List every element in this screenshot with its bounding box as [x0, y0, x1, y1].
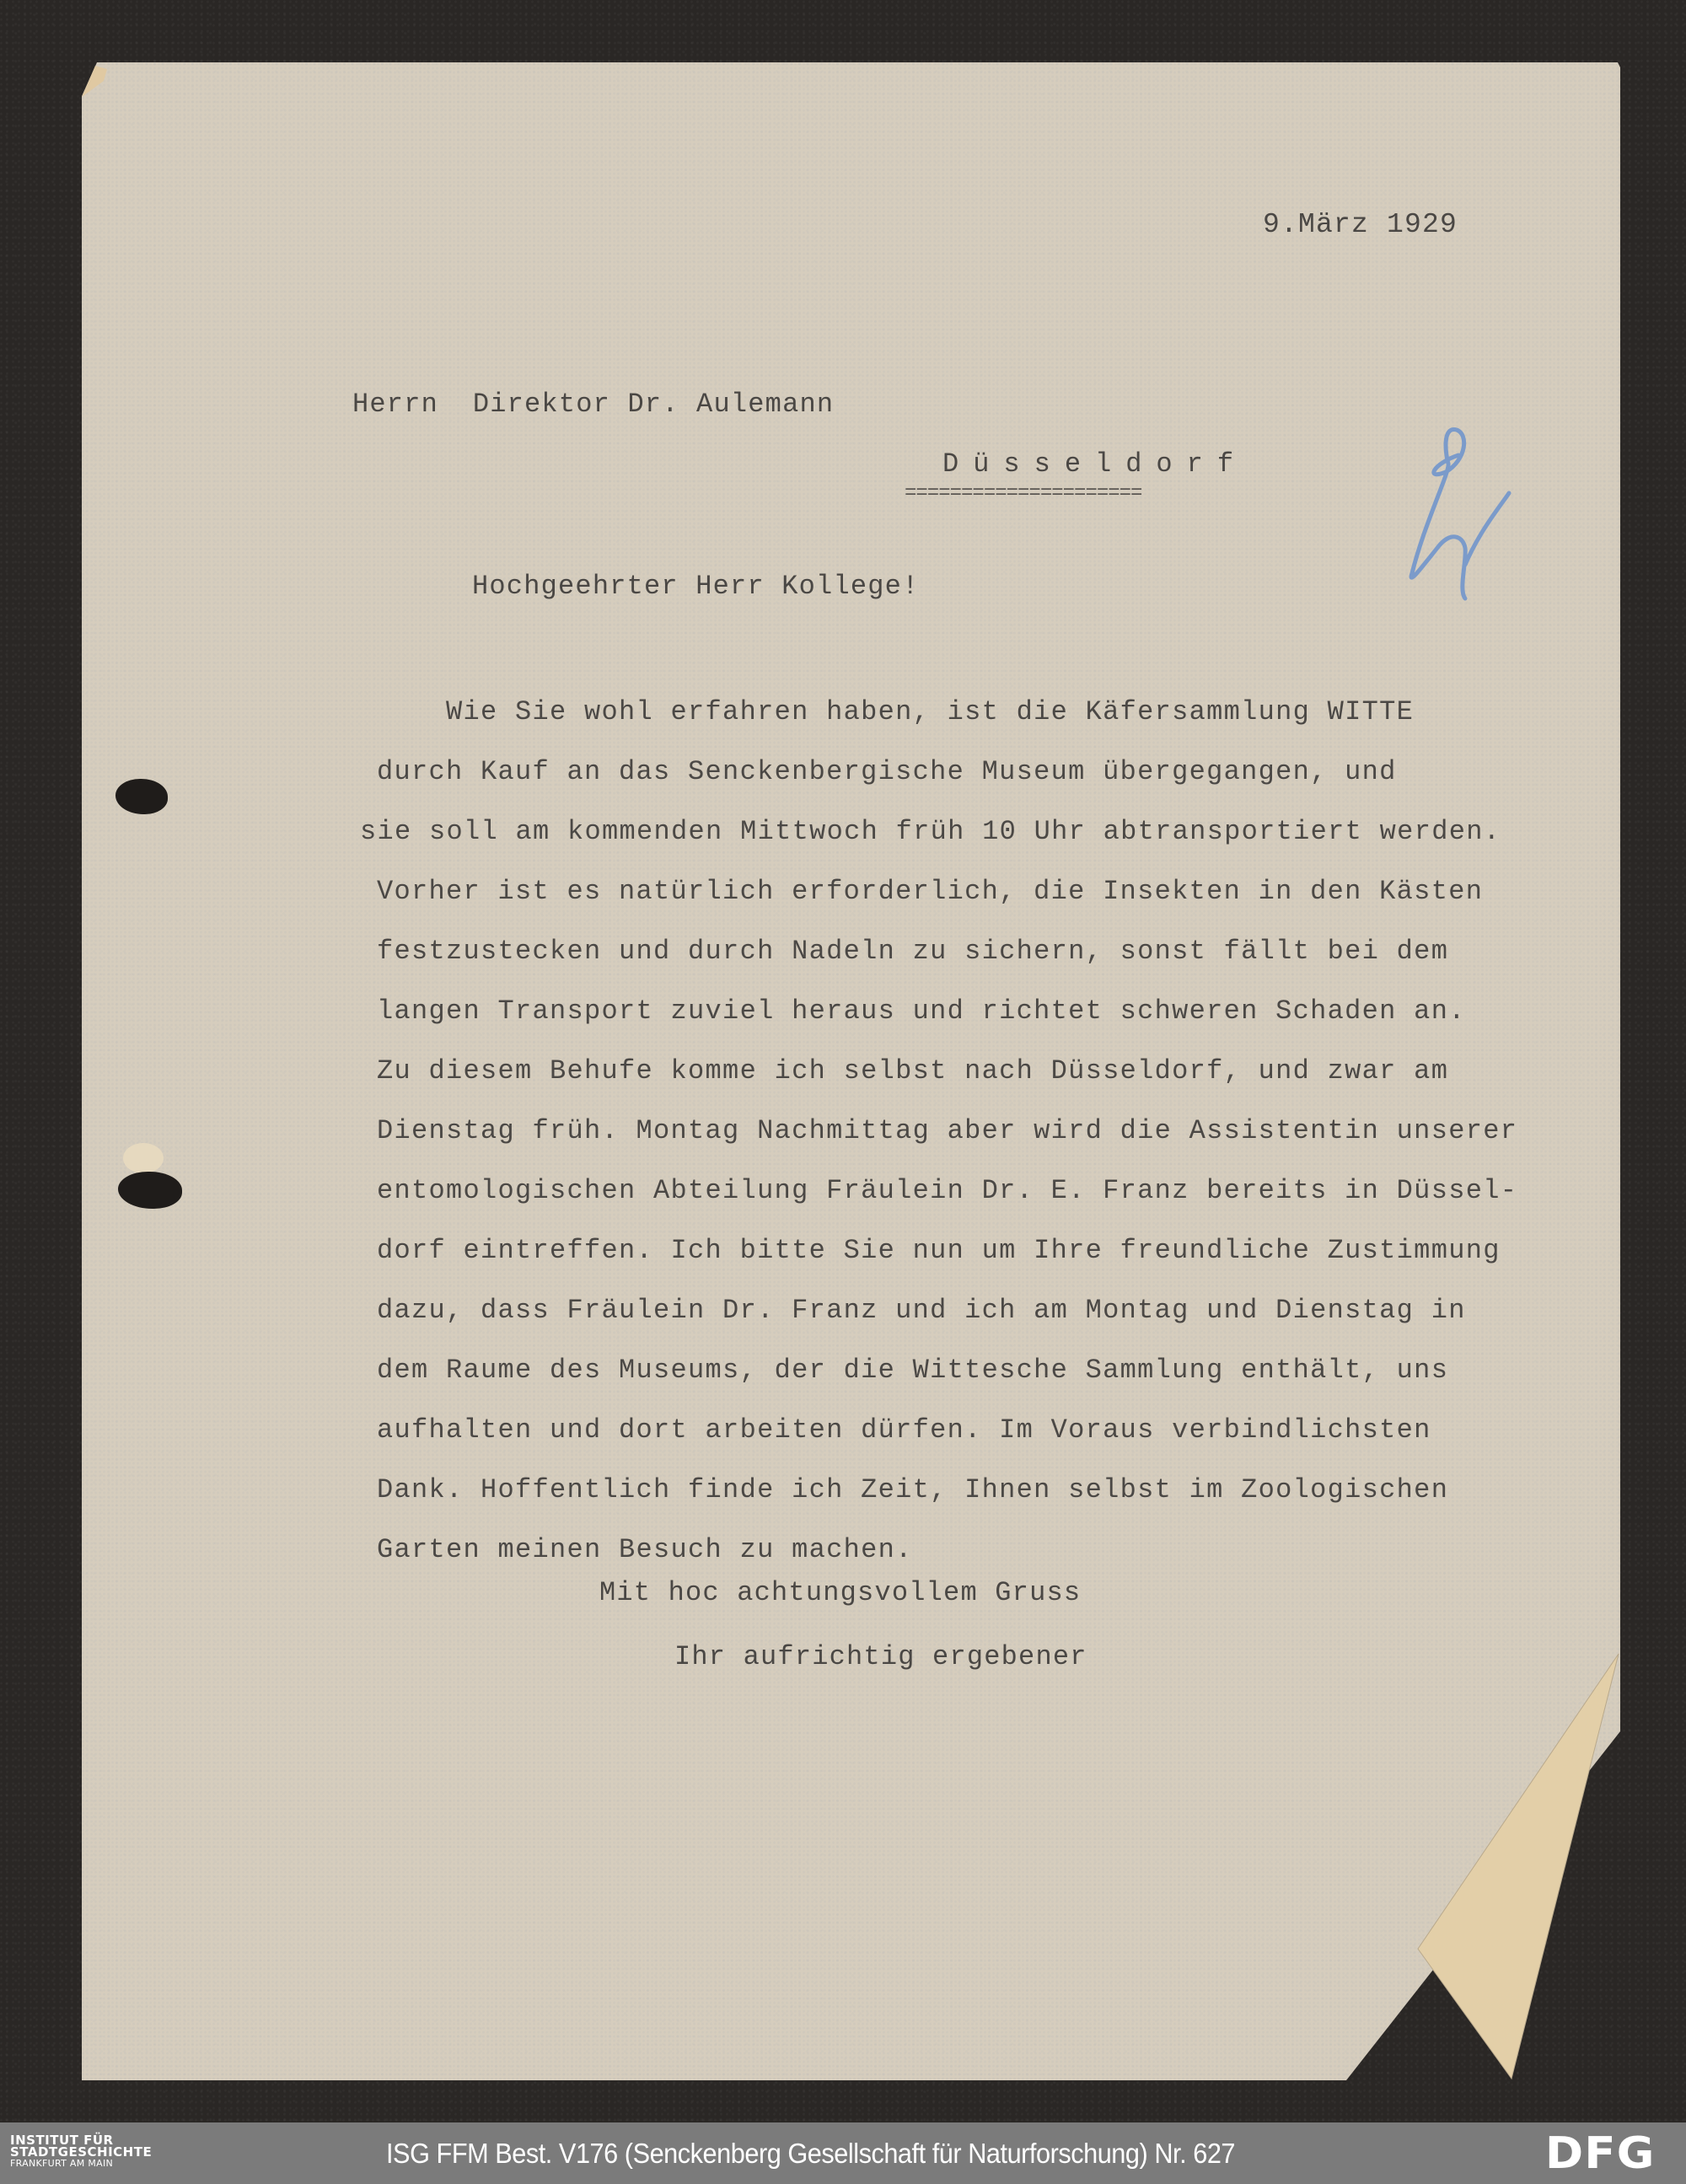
body-line: langen Transport zuviel heraus und richt…: [377, 995, 1624, 1055]
body-line: entomologischen Abteilung Fräulein Dr. E…: [377, 1175, 1624, 1235]
body-line: dorf eintreffen. Ich bitte Sie nun um Ih…: [377, 1235, 1624, 1295]
punch-hole-ghost: [123, 1143, 164, 1173]
body-line: festzustecken und durch Nadeln zu sicher…: [377, 936, 1624, 995]
institution-logo: INSTITUT FÜR STADTGESCHICHTE FRANKFURT A…: [10, 2134, 152, 2170]
letter-signoff: Ihr aufrichtig ergebener: [674, 1644, 1087, 1671]
letter-body: Wie Sie wohl erfahren haben, ist die Käf…: [377, 696, 1624, 1594]
body-line: aufhalten und dort arbeiten dürfen. Im V…: [377, 1414, 1624, 1474]
institution-location: FRANKFURT AM MAIN: [10, 2158, 152, 2170]
body-line: Zu diesem Behufe komme ich selbst nach D…: [377, 1055, 1624, 1115]
body-line: Dank. Hoffentlich finde ich Zeit, Ihnen …: [377, 1474, 1624, 1534]
body-line: Vorher ist es natürlich erforderlich, di…: [377, 876, 1624, 936]
letter-city: Düsseldorf: [942, 451, 1248, 478]
body-line: Wie Sie wohl erfahren haben, ist die Käf…: [377, 696, 1624, 756]
archive-footer: INSTITUT FÜR STADTGESCHICHTE FRANKFURT A…: [0, 2122, 1686, 2184]
city-underline: =====================: [905, 484, 1141, 504]
body-line: dazu, dass Fräulein Dr. Franz und ich am…: [377, 1295, 1624, 1355]
body-line: dem Raume des Museums, der die Wittesche…: [377, 1355, 1624, 1414]
body-line: Dienstag früh. Montag Nachmittag aber wi…: [377, 1115, 1624, 1175]
dfg-logo: DFG: [1545, 2131, 1656, 2176]
letter-salutation: Hochgeehrter Herr Kollege!: [472, 573, 919, 600]
letter-date: 9.März 1929: [1263, 211, 1458, 239]
handwritten-number-icon: [1399, 421, 1534, 607]
letter-recipient: Herrn Direktor Dr. Aulemann: [352, 391, 834, 418]
letter-closing: Mit hoc achtungsvollem Gruss: [599, 1580, 1081, 1607]
body-line: durch Kauf an das Senckenbergische Museu…: [377, 756, 1624, 816]
archive-shelfmark: ISG FFM Best. V176 (Senckenberg Gesellsc…: [386, 2138, 1235, 2170]
punch-hole-top: [115, 779, 168, 814]
body-line: sie soll am kommenden Mittwoch früh 10 U…: [360, 816, 1624, 876]
institution-name-line2: STADTGESCHICHTE: [10, 2146, 152, 2158]
punch-hole-bottom: [118, 1172, 182, 1209]
